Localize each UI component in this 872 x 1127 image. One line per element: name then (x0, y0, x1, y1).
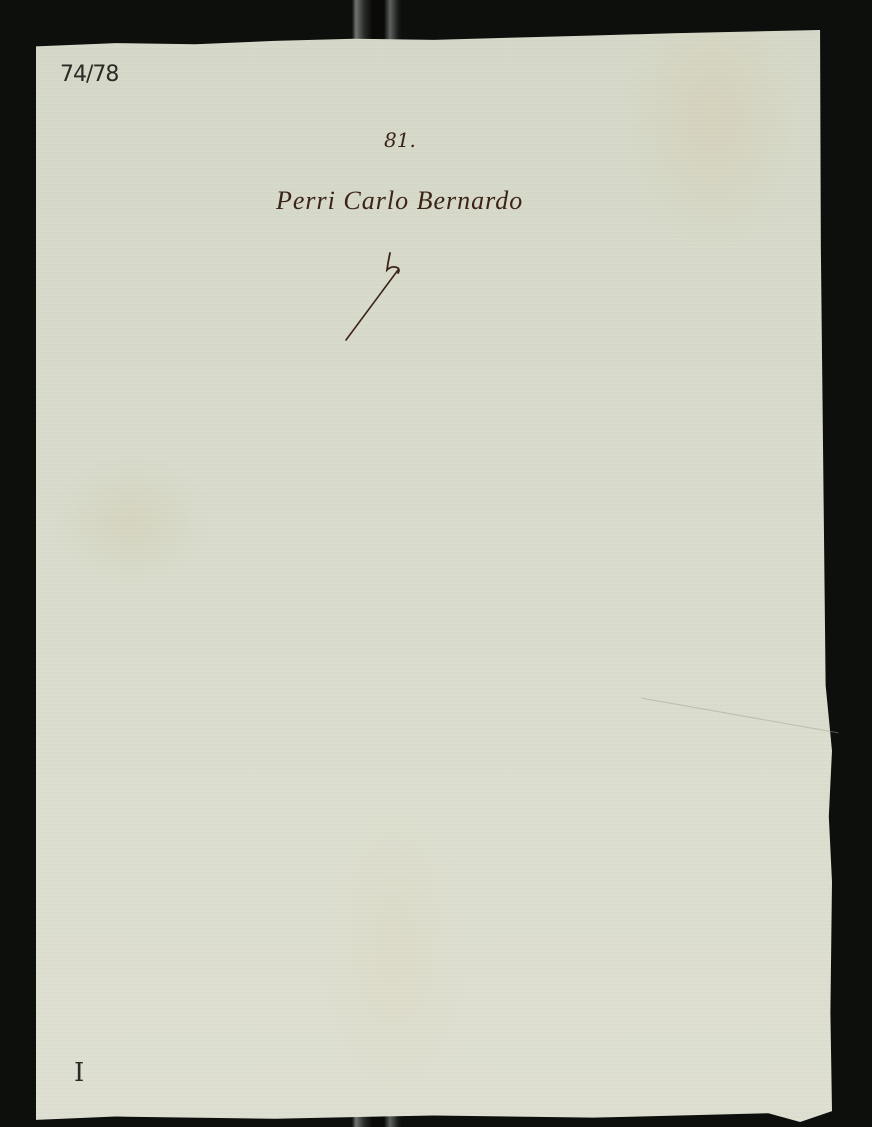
handwritten-seven-mark (340, 248, 420, 343)
archive-number: 74/78 (60, 62, 118, 87)
person-name: Perri Carlo Bernardo (276, 186, 523, 216)
item-number: 81. (384, 128, 416, 152)
footer-mark: I (74, 1058, 84, 1088)
